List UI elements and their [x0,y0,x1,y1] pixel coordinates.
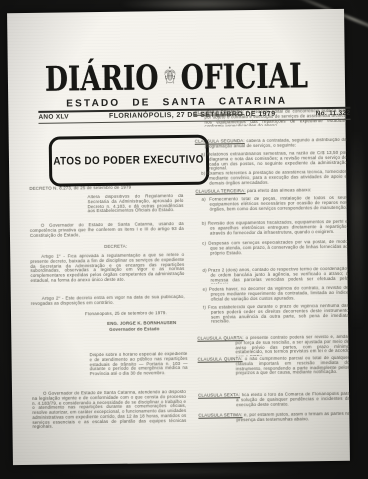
second-act-ementa: Dispõe sobre o horário especial de exped… [90,352,188,383]
clause-item: b) Exames referentes à prestação de assi… [201,170,347,186]
clause-item: f) Fica estabelecido que durante o prazo… [203,304,349,326]
clause-entry: CLÁUSULA SÉTIMA: e, por estarem justos, … [198,412,350,424]
clause-item: b) Revisão dos equipamentos fiscalizados… [202,220,348,242]
decree-place-date: Florianópolis, 25 de setembro de 1979. [85,311,181,318]
clause-item: a) Relatórios extraordinários semestrais… [201,151,347,172]
clause-entry: CLÁUSULA QUINTA: o não cumprimento parci… [198,356,350,383]
clause-item: a) Fornecimento total de peças, instalaç… [201,196,347,218]
clause-lead: CLÁUSULA TERCEIRA: [195,188,245,194]
clause-text: o presente contrato poderá ser revisto e… [235,335,349,357]
clause-lead: CLÁUSULA SEXTA: [198,392,240,398]
decree-article-1: Artigo 1º - Fica aprovada a regulamentaç… [30,253,184,284]
executive-acts-label: ATOS DO PODER EXECUTIVO [54,154,205,168]
clause-text: a) Relatórios extraordinários semestrais… [201,151,347,171]
left-column: ATOS DO PODER EXECUTIVO DECRETO N. 8.273… [27,11,187,465]
clause-entry: CLÁUSULA SEXTA: fica eleito o foro da Co… [198,392,350,409]
decree-article-2: Artigo 2º - Este decreto entra em vigor … [31,295,185,307]
second-act-paragraph: O Governador do Estado de Santa Catarina… [32,390,187,432]
backdrop-smudge [50,466,300,476]
clause-text: f) Fica estabelecido que durante o prazo… [203,304,349,324]
backdrop-smudge [351,130,363,330]
decree-ementa: Altera dispositivos do Regulamento da Se… [87,194,183,216]
clause-item: e) Poderá haver, no decorrer da vigência… [203,286,349,303]
signature-role: Governador do Estado [109,327,179,334]
clause-text: fica eleito o foro da Comarca de Florian… [236,392,350,407]
clause-entry: CLÁUSULA TERCEIRA: para efeito das alíne… [195,188,347,196]
gazette-page: DIÁRIO OFICIAL ESTADO DE SANTA CATARINA [7,9,350,465]
clause-entry: CLÁUSULA PRIMEIRA: o presente edital de … [194,109,346,127]
executive-acts-box: ATOS DO PODER EXECUTIVO [49,135,210,187]
clause-text: o não cumprimento parcial ou total de qu… [236,356,350,376]
clause-text: e) Poderá haver, no decorrer da vigência… [203,286,349,301]
clause-text: b) Exames referentes à prestação de assi… [201,170,347,185]
clause-text: para efeito das alíneas abaixo: [247,188,312,193]
clause-text: a) Fornecimento total de peças, instalaç… [201,196,347,211]
decree-preamble: O Governador do Estado de Santa Catarina… [30,222,184,239]
clause-text: b) Revisão dos equipamentos fiscalizados… [202,220,348,235]
clause-item: d) Prazo 2 (dois) anos, contado do respe… [202,267,348,284]
clause-entry: CLÁUSULA QUARTA: o presente contrato pod… [197,335,349,357]
right-column: CLÁUSULA PRIMEIRA: o presente edital de … [193,9,351,463]
clause-text: e, por estarem justos, assim o firmam as… [236,412,350,422]
clause-text: d) Prazo 2 (dois) anos, contado do respe… [202,267,348,284]
decreta-word: DECRETA: [104,244,164,251]
clause-item: c) Despesas com serviços especializados … [202,240,348,257]
clause-text: c) Despesas com serviços especializados … [202,240,348,255]
decree-heading: DECRETO N. 8.273, de 25 de setembro de 1… [29,185,183,193]
